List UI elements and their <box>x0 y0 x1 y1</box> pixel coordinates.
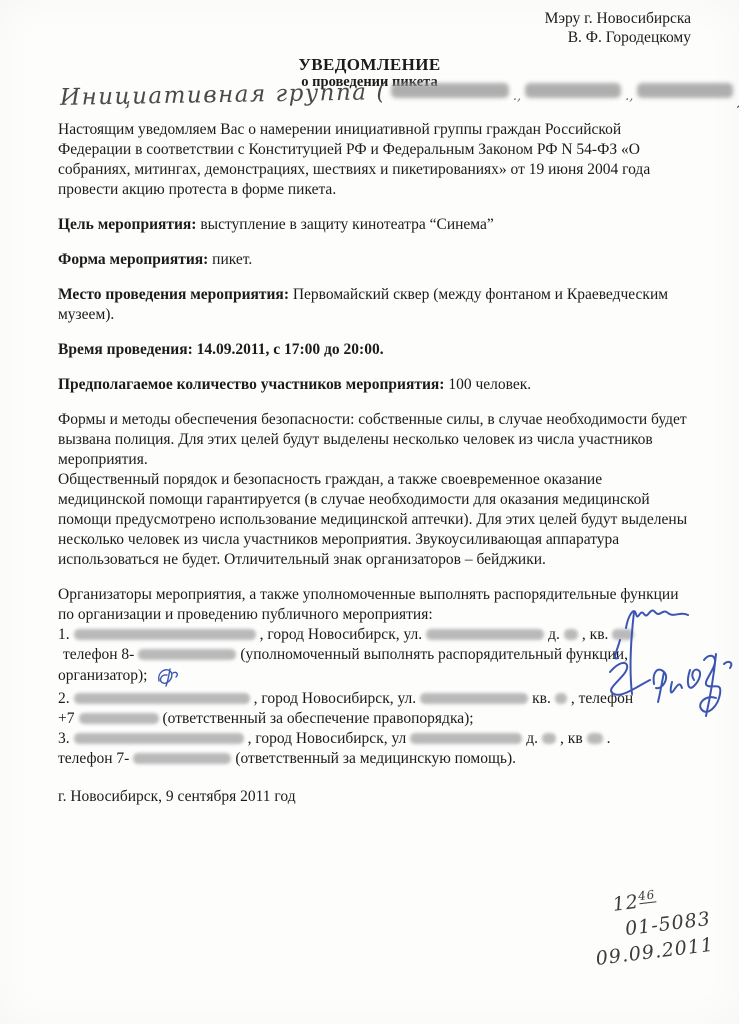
recipient-line-1: Мэру г. Новосибирска <box>0 9 691 28</box>
field-time: Время проведения: 14.09.2011, с 17:00 до… <box>58 340 689 360</box>
organizer-1-city: , город Новосибирск, ул. <box>260 626 423 643</box>
field-participants-value: 100 человек. <box>448 376 531 393</box>
redacted-organizer-2-phone <box>79 713 159 724</box>
redacted-organizer-3-street <box>410 733 522 744</box>
redacted-name-1 <box>391 83 509 98</box>
organizer-2-number: 2. <box>58 690 70 707</box>
redacted-organizer-3-apt <box>587 733 603 744</box>
document-body: Настоящим уведомляем Вас о намерении ини… <box>58 120 689 807</box>
organizer-3-role: (ответственный за медицинскую помощь). <box>235 750 516 767</box>
organizer-1-house-label: д. <box>548 626 560 643</box>
organizers-section: Организаторы мероприятия, а также уполно… <box>58 585 689 769</box>
field-place-label: Место проведения мероприятия: <box>58 286 289 303</box>
organizer-1-phone-label: телефон 8- <box>63 646 134 663</box>
stamp-time-superscript: 46 <box>637 887 656 904</box>
redacted-organizer-2-name <box>74 693 250 704</box>
redacted-organizer-1-apt <box>612 629 634 640</box>
scanned-document-page: Мэру г. Новосибирска В. Ф. Городецкому У… <box>0 0 739 1024</box>
organizer-2-city: , город Новосибирск, ул. <box>254 690 417 707</box>
redacted-organizer-1-street <box>426 629 544 640</box>
organizer-1-line-3: организатор); <box>58 665 689 689</box>
redacted-organizer-1-phone <box>138 649 236 660</box>
organizer-3-phone-label: телефон 7- <box>58 750 129 767</box>
redacted-organizer-2-apt <box>555 693 567 704</box>
field-participants-label: Предполагаемое количество участников мер… <box>58 376 444 393</box>
organizer-2-line-1: 2., город Новосибирск, ул.кв., телефон <box>58 689 689 709</box>
security-section: Формы и методы обеспечения безопасности:… <box>58 410 689 570</box>
security-paragraph-2: Общественный порядок и безопасность граж… <box>58 470 689 570</box>
redacted-name-3 <box>637 83 733 98</box>
recipient-line-2: В. Ф. Городецкому <box>0 28 691 47</box>
field-time-value: 14.09.2011, с 17:00 до 20:00. <box>197 341 384 358</box>
redacted-organizer-3-house <box>542 733 556 744</box>
redacted-organizer-3-name <box>74 733 244 744</box>
document-title: УВЕДОМЛЕНИЕ <box>0 56 739 74</box>
registration-stamp-handwritten: 1246 01-5083 09.09.2011 <box>588 875 716 972</box>
field-purpose-label: Цель мероприятия: <box>58 216 196 233</box>
field-form-value: пикет. <box>212 251 252 268</box>
organizer-1-number: 1. <box>58 626 70 643</box>
redacted-name-2 <box>525 83 621 98</box>
organizer-1-line-1: 1., город Новосибирск, ул.д., кв. <box>58 625 689 645</box>
redacted-organizer-3-phone <box>133 753 231 764</box>
field-participants: Предполагаемое количество участников мер… <box>58 375 689 395</box>
intro-paragraph: Настоящим уведомляем Вас о намерении ини… <box>58 120 689 200</box>
organizer-2-apt-label: кв. <box>532 690 551 707</box>
organizer-3-number: 3. <box>58 730 70 747</box>
handwritten-separator-1: ., <box>513 89 521 104</box>
organizer-3-line-2: телефон 7-(ответственный за медицинскую … <box>58 749 689 769</box>
field-place: Место проведения мероприятия: Первомайск… <box>58 285 689 325</box>
closing-line: г. Новосибирск, 9 сентября 2011 год <box>58 787 689 807</box>
field-form-label: Форма мероприятия: <box>58 251 208 268</box>
field-form: Форма мероприятия: пикет. <box>58 250 689 270</box>
handwritten-separator-2: ., <box>625 89 633 104</box>
organizers-intro: Организаторы мероприятия, а также уполно… <box>58 585 689 625</box>
redacted-organizer-2-street <box>420 693 528 704</box>
organizer-3-line-1: 3., город Новосибирск, улд., кв. <box>58 729 689 749</box>
redacted-organizer-1-name <box>74 629 256 640</box>
organizer-2-phone-prefix: +7 <box>58 710 75 727</box>
organizer-2-line-2: +7(ответственный за обеспечение правопор… <box>58 709 689 729</box>
organizer-1-apt-label: , кв. <box>582 626 608 643</box>
security-paragraph-1: Формы и методы обеспечения безопасности:… <box>58 410 689 470</box>
redacted-organizer-1-house <box>564 629 578 640</box>
organizer-1-line-2: телефон 8-(уполномоченный выполнять расп… <box>58 645 689 665</box>
organizer-3-apt-label: , кв <box>560 730 583 747</box>
handwritten-text: Инициативная группа ( <box>60 82 387 108</box>
recipient-block: Мэру г. Новосибирска В. Ф. Городецкому <box>0 0 739 47</box>
organizer-3-city: , город Новосибирск, ул <box>248 730 407 747</box>
field-purpose: Цель мероприятия: выступление в защиту к… <box>58 215 689 235</box>
organizer-3-house-label: д. <box>526 730 538 747</box>
organizer-2-role: (ответственный за обеспечение правопоряд… <box>163 710 474 727</box>
organizer-2-phone-word: , телефон <box>571 690 633 707</box>
organizer-3-dot: . <box>607 730 611 747</box>
field-time-label: Время проведения: <box>58 341 193 358</box>
handwritten-initiative-group-line: Инициативная группа (.,.,) <box>60 82 733 116</box>
organizer-1-role-cont: организатор); <box>58 667 147 684</box>
organizer-1-role: (уполномоченный выполнять распорядительн… <box>240 646 628 663</box>
blue-initials-signature <box>153 665 183 689</box>
field-purpose-value: выступление в защиту кинотеатра “Синема” <box>200 216 493 233</box>
